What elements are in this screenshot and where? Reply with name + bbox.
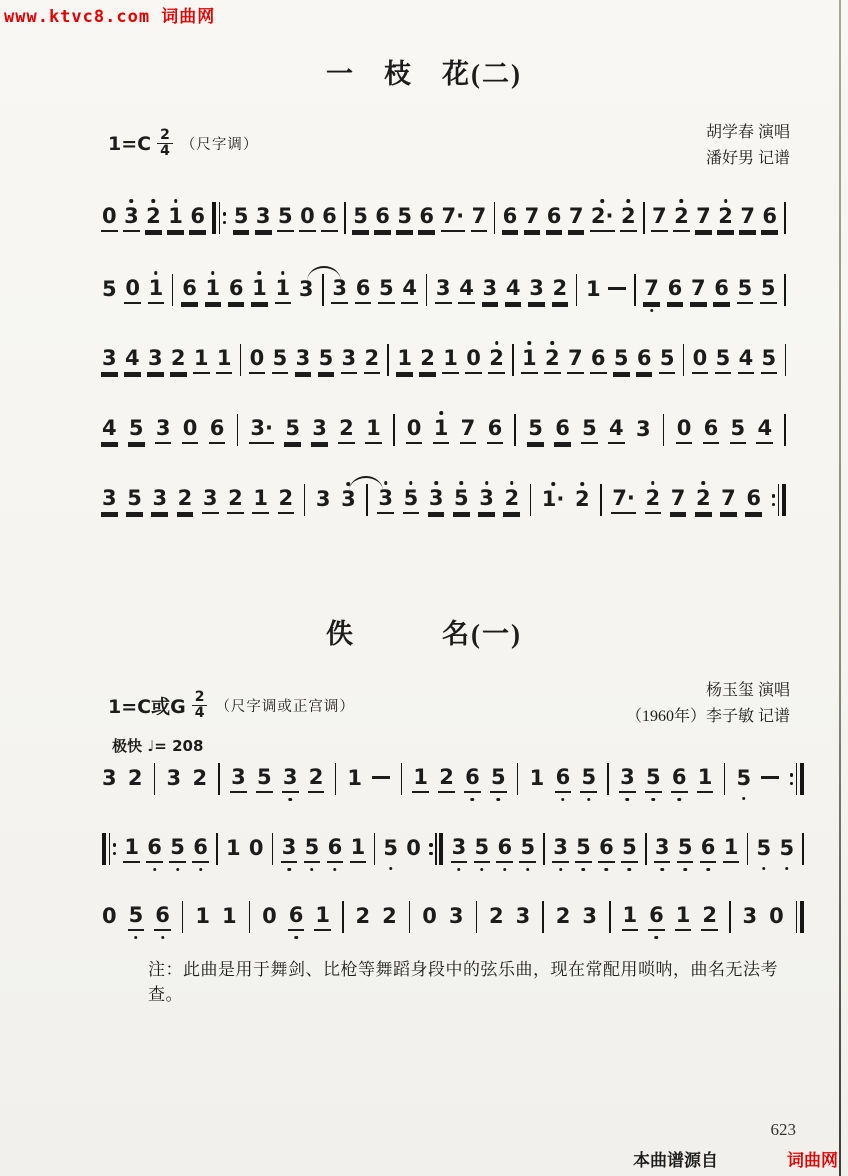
- note: 6: [546, 204, 563, 232]
- notation-line: 3432110535321210212765650545: [100, 334, 788, 386]
- dash-note: [608, 281, 626, 299]
- note: 3: [123, 204, 140, 232]
- note: 1: [529, 766, 546, 792]
- barline: [724, 763, 726, 795]
- note: 2: [555, 904, 572, 930]
- note: 1·: [541, 487, 566, 513]
- note: 5: [304, 835, 321, 863]
- note: 6: [496, 835, 513, 863]
- note: 6: [189, 204, 206, 232]
- note: 4: [101, 416, 118, 444]
- barline: [576, 274, 578, 306]
- note: 0: [248, 836, 265, 862]
- repeat-start-barline: [102, 833, 116, 865]
- notation-line: 50161611336543434321767655: [100, 264, 788, 316]
- note: 2: [574, 487, 591, 513]
- note: 3: [295, 346, 312, 374]
- meter-denominator: 4: [157, 144, 173, 159]
- note: 1: [675, 903, 692, 931]
- note: 3: [315, 487, 332, 513]
- note: 3: [448, 904, 465, 930]
- note: 3: [101, 346, 118, 374]
- note: 2: [701, 903, 718, 931]
- note: 2·: [590, 204, 615, 232]
- note: 1: [442, 346, 459, 374]
- dash-note: [761, 770, 779, 788]
- piece2-key-row: 1=C或G 2 4 （尺字调或正宫调）: [108, 690, 355, 721]
- note: 2: [645, 486, 662, 514]
- note: 6: [703, 416, 720, 444]
- barline: [512, 344, 514, 376]
- note: 2: [278, 486, 295, 514]
- note: 6: [590, 346, 607, 374]
- note: 6: [636, 346, 653, 374]
- note: 3: [515, 904, 532, 930]
- note: 2: [364, 346, 381, 374]
- note: 1: [396, 346, 413, 374]
- barline: [784, 414, 786, 446]
- note: 3: [298, 277, 315, 303]
- note: 5: [580, 765, 597, 793]
- note: 4: [505, 276, 522, 304]
- piece1-credits: 胡学春 演唱 潘好男 记谱: [706, 120, 790, 171]
- note: 2: [127, 766, 144, 792]
- note: 5: [277, 204, 294, 232]
- note: 5: [352, 204, 369, 232]
- notation-line: 032165350656567·767672·2727276: [100, 192, 788, 244]
- note: 7: [471, 204, 488, 232]
- note: 6: [502, 204, 519, 232]
- note: 2: [170, 346, 187, 374]
- note: 3: [255, 204, 272, 232]
- repeat-end-barline: [429, 833, 443, 865]
- note: 2: [673, 204, 690, 232]
- note: 5: [527, 416, 544, 444]
- note: 5: [284, 416, 301, 444]
- piece1-performer: 胡学春 演唱: [706, 120, 790, 146]
- note: 6: [288, 903, 305, 931]
- note: 3: [581, 904, 598, 930]
- footer-source-label: 本曲谱源自: [633, 1146, 718, 1171]
- barline: [401, 763, 403, 795]
- notation-line: 16561035615035653565356155: [100, 823, 806, 875]
- note: 0: [124, 276, 141, 304]
- note: 5: [575, 835, 592, 863]
- note: 0: [465, 346, 482, 374]
- note: 5: [453, 486, 470, 514]
- barline: [785, 344, 787, 376]
- note: 3: [331, 276, 348, 304]
- note: 6: [321, 204, 338, 232]
- note: 3: [654, 835, 671, 863]
- note: 6: [146, 835, 163, 863]
- note: 5: [756, 836, 773, 862]
- repeat-end-barline: [772, 484, 786, 516]
- note: 1: [585, 277, 602, 303]
- barline: [154, 763, 156, 795]
- note: 2: [695, 486, 712, 514]
- barline: [240, 344, 242, 376]
- page-number: 623: [771, 1120, 797, 1140]
- note: 7: [567, 346, 584, 374]
- note: 1: [167, 204, 184, 232]
- note: 5: [233, 204, 250, 232]
- note: 3: [341, 346, 358, 374]
- note: 1: [521, 346, 538, 374]
- note: 6: [154, 903, 171, 931]
- repeat-end-barline: [790, 763, 804, 795]
- note: 1: [412, 765, 429, 793]
- note: 3·: [249, 416, 274, 444]
- barline: [342, 901, 344, 933]
- note: 6: [209, 416, 226, 444]
- note: 0: [261, 904, 278, 930]
- note: 6: [700, 835, 717, 863]
- note: 3: [230, 765, 247, 793]
- barline: [802, 833, 804, 865]
- note: 5: [581, 416, 598, 444]
- barline: [387, 344, 389, 376]
- piece2-title: 佚 名(一): [0, 612, 848, 651]
- note: 4: [608, 416, 625, 444]
- note: 4: [458, 276, 475, 304]
- note: 5: [128, 416, 145, 444]
- note: 5: [403, 486, 420, 514]
- barline: [172, 274, 174, 306]
- barline: [543, 833, 545, 865]
- note: 1: [433, 416, 450, 444]
- piece1-title: 一 枝 花(二): [0, 52, 848, 91]
- note: 5: [169, 835, 186, 863]
- note: 1: [365, 416, 382, 444]
- barline: [218, 763, 220, 795]
- note: 1: [194, 904, 211, 930]
- meter-denominator: 4: [192, 706, 208, 721]
- repeat-start-barline: [212, 202, 226, 234]
- note: 0: [249, 346, 266, 374]
- piece2-performer: 杨玉玺 演唱: [626, 678, 790, 704]
- barline: [304, 484, 306, 516]
- note: 1: [723, 835, 740, 863]
- note: 5: [474, 835, 491, 863]
- note: 0: [768, 904, 785, 930]
- note: 5: [735, 766, 752, 792]
- barline: [476, 901, 478, 933]
- piece2-key-signature: 1=C或G: [108, 692, 186, 719]
- note: 7: [651, 204, 668, 232]
- site-watermark: www.ktvc8.com 词曲网: [4, 2, 215, 27]
- note: 4: [401, 276, 418, 304]
- note: 5: [677, 835, 694, 863]
- note: 0: [182, 416, 199, 444]
- note: 0: [405, 836, 422, 862]
- note: 6: [327, 835, 344, 863]
- note: 1: [350, 835, 367, 863]
- note: 0: [692, 346, 709, 374]
- note: 2: [544, 346, 561, 374]
- note: 6: [713, 276, 730, 304]
- barline: [609, 901, 611, 933]
- note: 6: [464, 765, 481, 793]
- meter-numerator: 2: [157, 128, 173, 144]
- note: 2: [381, 904, 398, 930]
- note: 1: [221, 904, 238, 930]
- note: 7: [670, 486, 687, 514]
- barline: [237, 414, 239, 446]
- barline: [643, 202, 645, 234]
- note: 7: [643, 276, 660, 304]
- note: 3: [147, 346, 164, 374]
- note: 6: [745, 486, 762, 514]
- barline: [600, 484, 602, 516]
- note: 6: [671, 765, 688, 793]
- note: 2: [552, 276, 569, 304]
- notation-line: 0561106122032323161230: [100, 891, 806, 943]
- note: 5: [272, 346, 289, 374]
- note: 1: [697, 765, 714, 793]
- notation-line: 453063·53210176565430654: [100, 404, 788, 456]
- barline: [784, 202, 786, 234]
- note: 7: [568, 204, 585, 232]
- note: 3: [742, 904, 759, 930]
- note: 6: [418, 204, 435, 232]
- barline: [272, 833, 274, 865]
- note: 2: [145, 204, 162, 232]
- note: 4: [124, 346, 141, 374]
- barline: [663, 414, 665, 446]
- note: 3: [528, 276, 545, 304]
- note: 7: [690, 276, 707, 304]
- barline: [729, 901, 731, 933]
- note: 5: [396, 204, 413, 232]
- note: 5: [760, 276, 777, 304]
- barline: [249, 901, 251, 933]
- note: 6: [355, 276, 372, 304]
- note: 2: [308, 765, 325, 793]
- note: 2: [717, 204, 734, 232]
- note: 7: [739, 204, 756, 232]
- note: 5: [318, 346, 335, 374]
- note: 0: [406, 416, 423, 444]
- note: 3: [478, 486, 495, 514]
- barline: [216, 833, 218, 865]
- note: 5: [645, 765, 662, 793]
- barline: [784, 274, 786, 306]
- note: 3: [428, 486, 445, 514]
- note: 1: [622, 903, 639, 931]
- note: 7: [695, 204, 712, 232]
- note: 0: [101, 904, 118, 930]
- note: 3: [166, 766, 183, 792]
- note: 5: [128, 903, 145, 931]
- note: 6: [554, 416, 571, 444]
- note: 0: [299, 204, 316, 232]
- note: 2: [620, 204, 637, 232]
- note: 5: [490, 765, 507, 793]
- note: 3: [282, 765, 299, 793]
- piece2-footnote: 注：此曲是用于舞剑、比枪等舞蹈身段中的弦乐曲，现在常配用唢呐，曲名无法考查。: [148, 955, 788, 1005]
- barline: [683, 344, 685, 376]
- piece1-key-row: 1=C 2 4 （尺字调）: [108, 128, 258, 159]
- note: 6: [487, 416, 504, 444]
- barline: [335, 763, 337, 795]
- note: 1: [275, 276, 292, 304]
- note: 7: [524, 204, 541, 232]
- note: 5: [382, 836, 399, 862]
- piece2-mode-label: （尺字调或正宫调）: [215, 695, 355, 716]
- barline: [426, 274, 428, 306]
- note: 4: [756, 416, 773, 444]
- note: 5: [730, 416, 747, 444]
- note: 5: [126, 486, 143, 514]
- barline: [494, 202, 496, 234]
- note: 1: [346, 766, 363, 792]
- note: 6: [648, 903, 665, 931]
- note: 3: [451, 835, 468, 863]
- barline: [747, 833, 749, 865]
- note: 3: [377, 486, 394, 514]
- note: 5: [778, 836, 795, 862]
- note: 5: [256, 765, 273, 793]
- note: 5: [101, 277, 118, 303]
- note: 0: [421, 904, 438, 930]
- piece1-mode-label: （尺字调）: [181, 133, 259, 154]
- note: 2: [419, 346, 436, 374]
- barline: [530, 484, 532, 516]
- note: 1: [123, 835, 140, 863]
- note: 6: [667, 276, 684, 304]
- footer-site-watermark: 词曲网: [787, 1146, 838, 1171]
- note: 7·: [441, 204, 466, 232]
- note: 3: [151, 486, 168, 514]
- note: 2: [227, 486, 244, 514]
- note: 2: [177, 486, 194, 514]
- note: 1: [148, 276, 165, 304]
- note: 6: [598, 835, 615, 863]
- barline: [409, 901, 411, 933]
- piece1-transcriber: 潘好男 记谱: [706, 146, 790, 172]
- note: 0: [676, 416, 693, 444]
- barline: [514, 414, 516, 446]
- note: 3: [281, 835, 298, 863]
- note: 2: [355, 904, 372, 930]
- note: 2: [338, 416, 355, 444]
- note: 7: [720, 486, 737, 514]
- piece1-key-signature: 1=C: [108, 133, 151, 155]
- note: 6: [228, 276, 245, 304]
- note: 7: [460, 416, 477, 444]
- barline: [645, 833, 647, 865]
- note: 5: [715, 346, 732, 374]
- piece2-transcriber: （1960年）李子敏 记谱: [626, 704, 790, 730]
- note: 3: [340, 487, 357, 513]
- note: 3: [101, 486, 118, 514]
- note: 2: [488, 346, 505, 374]
- note: 1: [314, 903, 331, 931]
- note: 3: [202, 486, 219, 514]
- note: 1: [205, 276, 222, 304]
- scan-edge-line: [839, 0, 841, 1176]
- notation-line: 323235321126516535615: [100, 753, 806, 805]
- note: 7·: [611, 486, 636, 514]
- note: 6: [192, 835, 209, 863]
- note: 3: [311, 416, 328, 444]
- note: 2: [438, 765, 455, 793]
- barline: [517, 763, 519, 795]
- note: 1: [216, 346, 233, 374]
- note: 3: [619, 765, 636, 793]
- note: 5: [737, 276, 754, 304]
- barline: [374, 833, 376, 865]
- note: 5: [659, 346, 676, 374]
- barline: [542, 901, 544, 933]
- note: 5: [761, 346, 778, 374]
- note: 5: [519, 835, 536, 863]
- note: 1: [193, 346, 210, 374]
- barline: [182, 901, 184, 933]
- note: 0: [101, 204, 118, 232]
- note: 2: [503, 486, 520, 514]
- piece1-time-signature: 2 4: [157, 128, 173, 159]
- note: 3: [635, 417, 652, 443]
- piece2-time-signature: 2 4: [192, 690, 208, 721]
- note: 5: [613, 346, 630, 374]
- note: 1: [225, 836, 242, 862]
- note: 6: [761, 204, 778, 232]
- note: 2: [191, 766, 208, 792]
- note: 3: [435, 276, 452, 304]
- note: 5: [378, 276, 395, 304]
- note: 3: [552, 835, 569, 863]
- note: 3: [482, 276, 499, 304]
- note: 3: [155, 416, 172, 444]
- note: 4: [738, 346, 755, 374]
- notation-line: 35323212333535321·27·27276: [100, 474, 788, 526]
- note: 1: [252, 486, 269, 514]
- note: 6: [374, 204, 391, 232]
- meter-numerator: 2: [192, 690, 208, 706]
- piece2-credits: 杨玉玺 演唱 （1960年）李子敏 记谱: [626, 678, 790, 729]
- note: 6: [555, 765, 572, 793]
- barline: [393, 414, 395, 446]
- note: 1: [251, 276, 268, 304]
- sheet-music-page: www.ktvc8.com 词曲网 一 枝 花(二) 1=C 2 4 （尺字调）…: [0, 0, 848, 1176]
- note: 6: [181, 276, 198, 304]
- barline: [634, 274, 636, 306]
- final-barline: [796, 901, 804, 933]
- dash-note: [372, 770, 390, 788]
- barline: [344, 202, 346, 234]
- barline: [607, 763, 609, 795]
- note: 5: [621, 835, 638, 863]
- note: 3: [101, 766, 118, 792]
- note: 2: [488, 904, 505, 930]
